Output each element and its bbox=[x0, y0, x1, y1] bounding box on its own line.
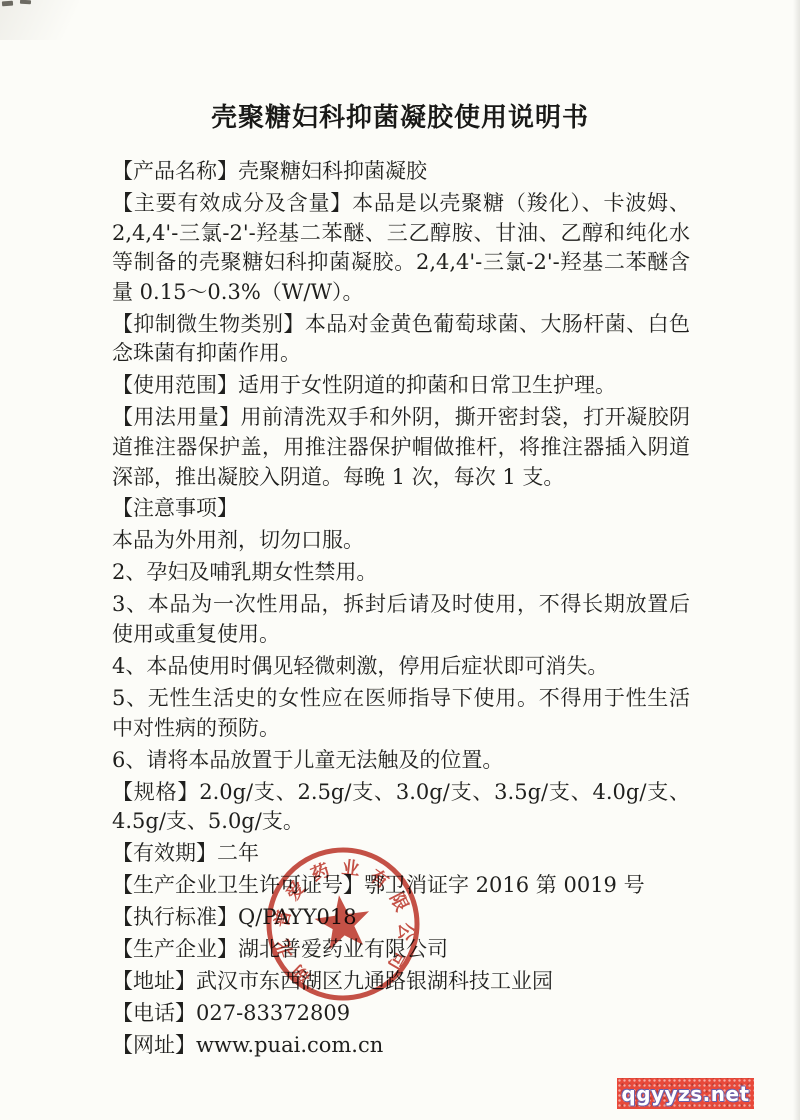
section-text: 2、孕妇及哺乳期女性禁用。 bbox=[112, 560, 377, 584]
section-label: 【地址】 bbox=[112, 969, 196, 993]
section-label: 【抑制微生物类别】 bbox=[112, 312, 305, 336]
scan-shading-right bbox=[793, 0, 800, 1120]
section-label: 【电话】 bbox=[112, 1001, 196, 1025]
section-label: 【执行标准】 bbox=[112, 905, 238, 929]
site-watermark: qgyyzs.net bbox=[617, 1078, 754, 1109]
section-text: Q/PAYY018 bbox=[238, 905, 357, 929]
section-text: 壳聚糖妇科抑菌凝胶 bbox=[238, 159, 427, 183]
section-label: 【网址】 bbox=[112, 1033, 196, 1057]
paragraph: 【有效期】二年 bbox=[112, 839, 690, 869]
section-text: 鄂卫消证字 2016 第 0019 号 bbox=[364, 873, 645, 897]
section-label: 【用法用量】 bbox=[112, 405, 241, 429]
instruction-leaflet-page: 壳聚糖妇科抑菌凝胶使用说明书 【产品名称】壳聚糖妇科抑菌凝胶 【主要有效成分及含… bbox=[0, 0, 800, 1120]
section-text: 5、无性生活史的女性应在医师指导下使用。不得用于性生活中对性病的预防。 bbox=[112, 686, 690, 740]
paragraph: 【注意事项】 bbox=[112, 494, 690, 524]
paragraph: 【抑制微生物类别】本品对金黄色葡萄球菌、大肠杆菌、白色念珠菌有抑菌作用。 bbox=[112, 310, 690, 369]
paragraph: 【主要有效成分及含量】本品是以壳聚糖（羧化）、卡波姆、2,4,4'-三氯-2'-… bbox=[112, 189, 690, 307]
paragraph: 【执行标准】Q/PAYY018 bbox=[112, 903, 690, 933]
paragraph: 3、本品为一次性用品，拆封后请及时使用，不得长期放置后使用或重复使用。 bbox=[112, 590, 690, 649]
paragraph: 【用法用量】用前清洗双手和外阴，撕开密封袋，打开凝胶阴道推注器保护盖，用推注器保… bbox=[112, 403, 690, 492]
paragraph: 2、孕妇及哺乳期女性禁用。 bbox=[112, 558, 690, 588]
paragraph: 【生产企业卫生许可证号】鄂卫消证字 2016 第 0019 号 bbox=[112, 871, 690, 901]
paragraph: 【生产企业】湖北普爱药业有限公司 bbox=[112, 935, 690, 965]
section-label: 【生产企业卫生许可证号】 bbox=[112, 873, 364, 897]
section-label: 【注意事项】 bbox=[112, 496, 238, 520]
section-text: 本品为外用剂，切勿口服。 bbox=[112, 528, 364, 552]
section-text: 适用于女性阴道的抑菌和日常卫生护理。 bbox=[238, 373, 616, 397]
section-text: 2.0g/支、2.5g/支、3.0g/支、3.5g/支、4.0g/支、4.5g/… bbox=[112, 780, 690, 834]
paragraph: 【规格】2.0g/支、2.5g/支、3.0g/支、3.5g/支、4.0g/支、4… bbox=[112, 778, 690, 837]
section-label: 【规格】 bbox=[112, 780, 199, 804]
section-text: 4、本品使用时偶见轻微刺激，停用后症状即可消失。 bbox=[112, 654, 608, 678]
section-label: 【产品名称】 bbox=[112, 159, 238, 183]
section-label: 【使用范围】 bbox=[112, 373, 238, 397]
watermark-text: qgyyzs.net bbox=[621, 1082, 749, 1106]
section-text: www.puai.com.cn bbox=[196, 1033, 383, 1057]
paragraph: 5、无性生活史的女性应在医师指导下使用。不得用于性生活中对性病的预防。 bbox=[112, 684, 690, 743]
section-label: 【有效期】 bbox=[112, 841, 217, 865]
scan-shading-top-left bbox=[0, 0, 120, 40]
paragraph: 6、请将本品放置于儿童无法触及的位置。 bbox=[112, 746, 690, 776]
paragraph: 【地址】武汉市东西湖区九通路银湖科技工业园 bbox=[112, 967, 690, 997]
scan-artifact-mark bbox=[2, 1, 13, 7]
document-body: 【产品名称】壳聚糖妇科抑菌凝胶 【主要有效成分及含量】本品是以壳聚糖（羧化）、卡… bbox=[112, 157, 690, 1063]
section-text: 武汉市东西湖区九通路银湖科技工业园 bbox=[196, 969, 553, 993]
section-label: 【主要有效成分及含量】 bbox=[112, 191, 352, 215]
paragraph: 【使用范围】适用于女性阴道的抑菌和日常卫生护理。 bbox=[112, 371, 690, 401]
paragraph: 【电话】027-83372809 bbox=[112, 999, 690, 1029]
paragraph: 【网址】www.puai.com.cn bbox=[112, 1031, 690, 1061]
scan-artifact-mark bbox=[20, 0, 31, 4]
paragraph: 本品为外用剂，切勿口服。 bbox=[112, 526, 690, 556]
paragraph: 4、本品使用时偶见轻微刺激，停用后症状即可消失。 bbox=[112, 652, 690, 682]
section-text: 6、请将本品放置于儿童无法触及的位置。 bbox=[112, 748, 503, 772]
section-text: 二年 bbox=[217, 841, 259, 865]
document-title: 壳聚糖妇科抑菌凝胶使用说明书 bbox=[0, 97, 800, 134]
section-text: 027-83372809 bbox=[196, 1001, 350, 1025]
section-text: 湖北普爱药业有限公司 bbox=[238, 937, 448, 961]
section-text: 3、本品为一次性用品，拆封后请及时使用，不得长期放置后使用或重复使用。 bbox=[112, 592, 690, 646]
paragraph: 【产品名称】壳聚糖妇科抑菌凝胶 bbox=[112, 157, 690, 187]
section-label: 【生产企业】 bbox=[112, 937, 238, 961]
